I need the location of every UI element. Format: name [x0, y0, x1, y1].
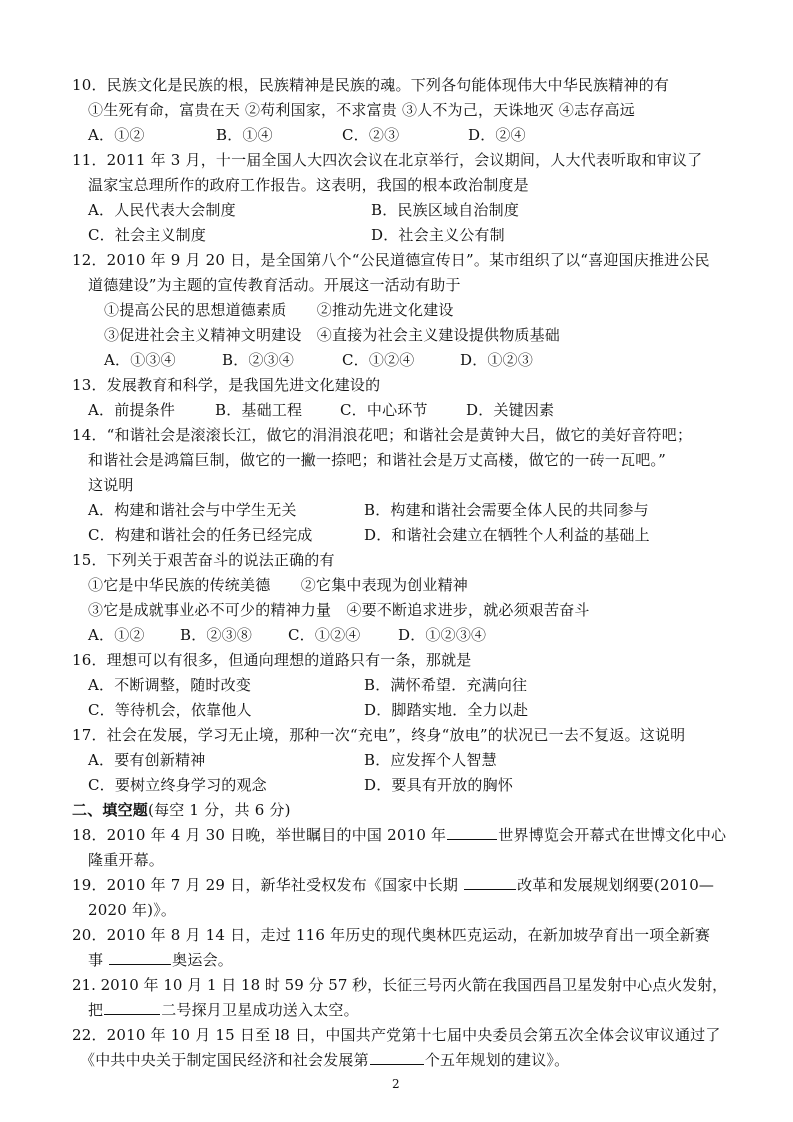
q14-option-a: A．构建和谐社会与中学生无关: [88, 498, 297, 522]
q11-options-row2: C．社会主义制度 D．社会主义公有制: [88, 223, 688, 247]
q12-option-b: B．②③④: [222, 348, 294, 372]
q17-option-b: B．应发挥个人智慧: [364, 748, 497, 772]
q16-stem: 16．理想可以有很多，但通向理想的道路只有一条，那就是: [72, 648, 472, 672]
q20-line2: 事 奥运会。: [88, 948, 233, 972]
q11-stem-line2: 温家宝总理所作的政府工作报告。这表明，我国的根本政治制度是: [88, 173, 529, 197]
q15-statements-line2: ③它是成就事业必不可少的精神力量 ④要不断追求进步，就必须艰苦奋斗: [88, 598, 590, 622]
q17-options-row2: C．要树立终身学习的观念 D．要具有开放的胸怀: [88, 773, 688, 797]
q17-stem: 17．社会在发展，学习无止境，那种一次“充电”，终身“放电”的状况已一去不复返。…: [72, 723, 685, 747]
q16-options-row2: C．等待机会，依靠他人 D．脚踏实地．全力以赴: [88, 698, 688, 722]
q10-option-d: D．②④: [468, 123, 526, 147]
q14-stem-line3: 这说明: [88, 473, 134, 497]
q20-line1: 20．2010 年 8 月 14 日，走过 116 年历史的现代奥林匹克运动，在…: [72, 923, 710, 947]
q16-option-c: C．等待机会，依靠他人: [88, 698, 252, 722]
q12-stem-line1: 12．2010 年 9 月 20 日，是全国第八个“公民道德宣传日”。某市组织了…: [72, 248, 710, 272]
q19-text-after: 改革和发展规划纲要(2010—: [517, 876, 714, 894]
q16-option-d: D．脚踏实地．全力以赴: [364, 698, 528, 722]
q13-option-b: B．基础工程: [215, 398, 302, 422]
q16-options-row1: A．不断调整，随时改变 B．满怀希望．充满向往: [88, 673, 688, 697]
q15-option-d: D．①②③④: [398, 623, 486, 647]
q13-option-d: D．关键因素: [466, 398, 554, 422]
q13-options: A．前提条件 B．基础工程 C．中心环节 D．关键因素: [88, 398, 548, 422]
q10-option-b: B．①④: [216, 123, 273, 147]
q15-statements-line1: ①它是中华民族的传统美德 ②它集中表现为创业精神: [88, 573, 468, 597]
q20-answer-blank[interactable]: [109, 948, 171, 965]
q14-stem-line1: 14．“和谐社会是滚滚长江，做它的涓涓浪花吧；和谐社会是黄钟大吕，做它的美好音符…: [72, 423, 692, 447]
q22-text-after: 个五年规划的建议》。: [425, 1051, 570, 1069]
q19-line2: 2020 年)》。: [88, 898, 176, 922]
q22-line2: 《中共中央关于制定国民经济和社会发展第个五年规划的建议》。: [80, 1048, 569, 1072]
q15-options: A．①② B．②③⑧ C．①②④ D．①②③④: [88, 623, 548, 647]
q17-option-a: A．要有创新精神: [88, 748, 205, 772]
q12-options: A．①③④ B．②③④ C．①②④ D．①②③: [104, 348, 624, 372]
q21-answer-blank[interactable]: [104, 998, 160, 1015]
q20-text-before: 事: [88, 951, 108, 969]
q18-text-after: 世界博览会开幕式在世博文化中心: [498, 826, 726, 844]
q12-statements-line2: ③促进社会主义精神文明建设 ④直接为社会主义建设提供物质基础: [104, 323, 560, 347]
q14-option-b: B．构建和谐社会需要全体人民的共同参与: [364, 498, 649, 522]
q16-option-b: B．满怀希望．充满向往: [364, 673, 527, 697]
q10-statements: ①生死有命，富贵在天 ②苟利国家，不求富贵 ③人不为己，天诛地灭 ④志存高远: [88, 98, 635, 122]
q12-option-d: D．①②③: [460, 348, 533, 372]
page-number: 2: [392, 1076, 400, 1092]
q21-text-after: 二号探月卫星成功送入太空。: [161, 1001, 359, 1019]
q14-stem-line2: 和谐社会是鸿篇巨制，做它的一撇一捺吧；和谐社会是万丈高楼，做它的一砖一瓦吧。”: [88, 448, 666, 472]
q21-line2: 把二号探月卫星成功送入太空。: [88, 998, 359, 1022]
section-title: 二、填空题: [72, 801, 148, 819]
q20-text-after: 奥运会。: [172, 951, 233, 969]
q15-stem: 15．下列关于艰苦奋斗的说法正确的有: [72, 548, 335, 572]
q13-stem: 13．发展教育和科学，是我国先进文化建设的: [72, 373, 380, 397]
exam-page: 10．民族文化是民族的根，民族精神是民族的魂。下列各句能体现伟大中华民族精神的有…: [0, 0, 793, 1122]
section-note: (每空 1 分，共 6 分): [148, 801, 291, 819]
q12-option-c: C．①②④: [342, 348, 414, 372]
q12-option-a: A．①③④: [104, 348, 176, 372]
q14-option-c: C．构建和谐社会的任务已经完成: [88, 523, 312, 547]
q14-options-row1: A．构建和谐社会与中学生无关 B．构建和谐社会需要全体人民的共同参与: [88, 498, 728, 522]
q22-answer-blank[interactable]: [370, 1048, 424, 1065]
q19-line1: 19．2010 年 7 月 29 日，新华社受权发布《国家中长期 改革和发展规划…: [72, 873, 714, 897]
q21-line1: 21. 2010 年 10 月 1 日 18 时 59 分 57 秒，长征三号丙…: [72, 973, 727, 997]
q17-options-row1: A．要有创新精神 B．应发挥个人智慧: [88, 748, 688, 772]
section-heading: 二、填空题(每空 1 分，共 6 分): [72, 798, 291, 822]
q11-option-b: B．民族区域自治制度: [371, 198, 519, 222]
q21-text-before: 把: [88, 1001, 103, 1019]
q18-line2: 隆重开幕。: [88, 848, 164, 872]
q10-option-a: A．①②: [88, 123, 145, 147]
q17-option-d: D．要具有开放的胸怀: [364, 773, 513, 797]
q11-stem-line1: 11．2011 年 3 月，十一届全国人大四次会议在北京举行，会议期间，人大代表…: [72, 148, 702, 172]
q15-option-c: C．①②④: [288, 623, 360, 647]
q18-line1: 18．2010 年 4 月 30 日晚，举世瞩目的中国 2010 年世界博览会开…: [72, 823, 726, 847]
q15-option-b: B．②③⑧: [180, 623, 252, 647]
q19-answer-blank[interactable]: [464, 873, 516, 890]
q11-options-row1: A．人民代表大会制度 B．民族区域自治制度: [88, 198, 688, 222]
q10-options: A．①② B．①④ C．②③ D．②④: [88, 123, 648, 147]
q10-stem: 10．民族文化是民族的根，民族精神是民族的魂。下列各句能体现伟大中华民族精神的有: [72, 73, 669, 97]
q11-option-d: D．社会主义公有制: [371, 223, 505, 247]
q12-statements-line1: ①提高公民的思想道德素质 ②推动先进文化建设: [104, 298, 454, 322]
q19-text-before: 19．2010 年 7 月 29 日，新华社受权发布《国家中长期: [72, 876, 463, 894]
q14-option-d: D．和谐社会建立在牺牲个人利益的基础上: [364, 523, 650, 547]
q15-option-a: A．①②: [88, 623, 145, 647]
q13-option-c: C．中心环节: [340, 398, 428, 422]
q17-option-c: C．要树立终身学习的观念: [88, 773, 267, 797]
q16-option-a: A．不断调整，随时改变: [88, 673, 251, 697]
q18-answer-blank[interactable]: [447, 823, 497, 840]
q18-text-before: 18．2010 年 4 月 30 日晚，举世瞩目的中国 2010 年: [72, 826, 446, 844]
q12-stem-line2: 道德建设”为主题的宣传教育活动。开展这一活动有助于: [88, 273, 461, 297]
q11-option-a: A．人民代表大会制度: [88, 198, 236, 222]
q22-text-before: 《中共中央关于制定国民经济和社会发展第: [80, 1051, 369, 1069]
q22-line1: 22．2010 年 10 月 15 日至 l8 日，中国共产党第十七届中央委员会…: [72, 1023, 721, 1047]
q14-options-row2: C．构建和谐社会的任务已经完成 D．和谐社会建立在牺牲个人利益的基础上: [88, 523, 728, 547]
q11-option-c: C．社会主义制度: [88, 223, 206, 247]
q13-option-a: A．前提条件: [88, 398, 175, 422]
q10-option-c: C．②③: [342, 123, 399, 147]
